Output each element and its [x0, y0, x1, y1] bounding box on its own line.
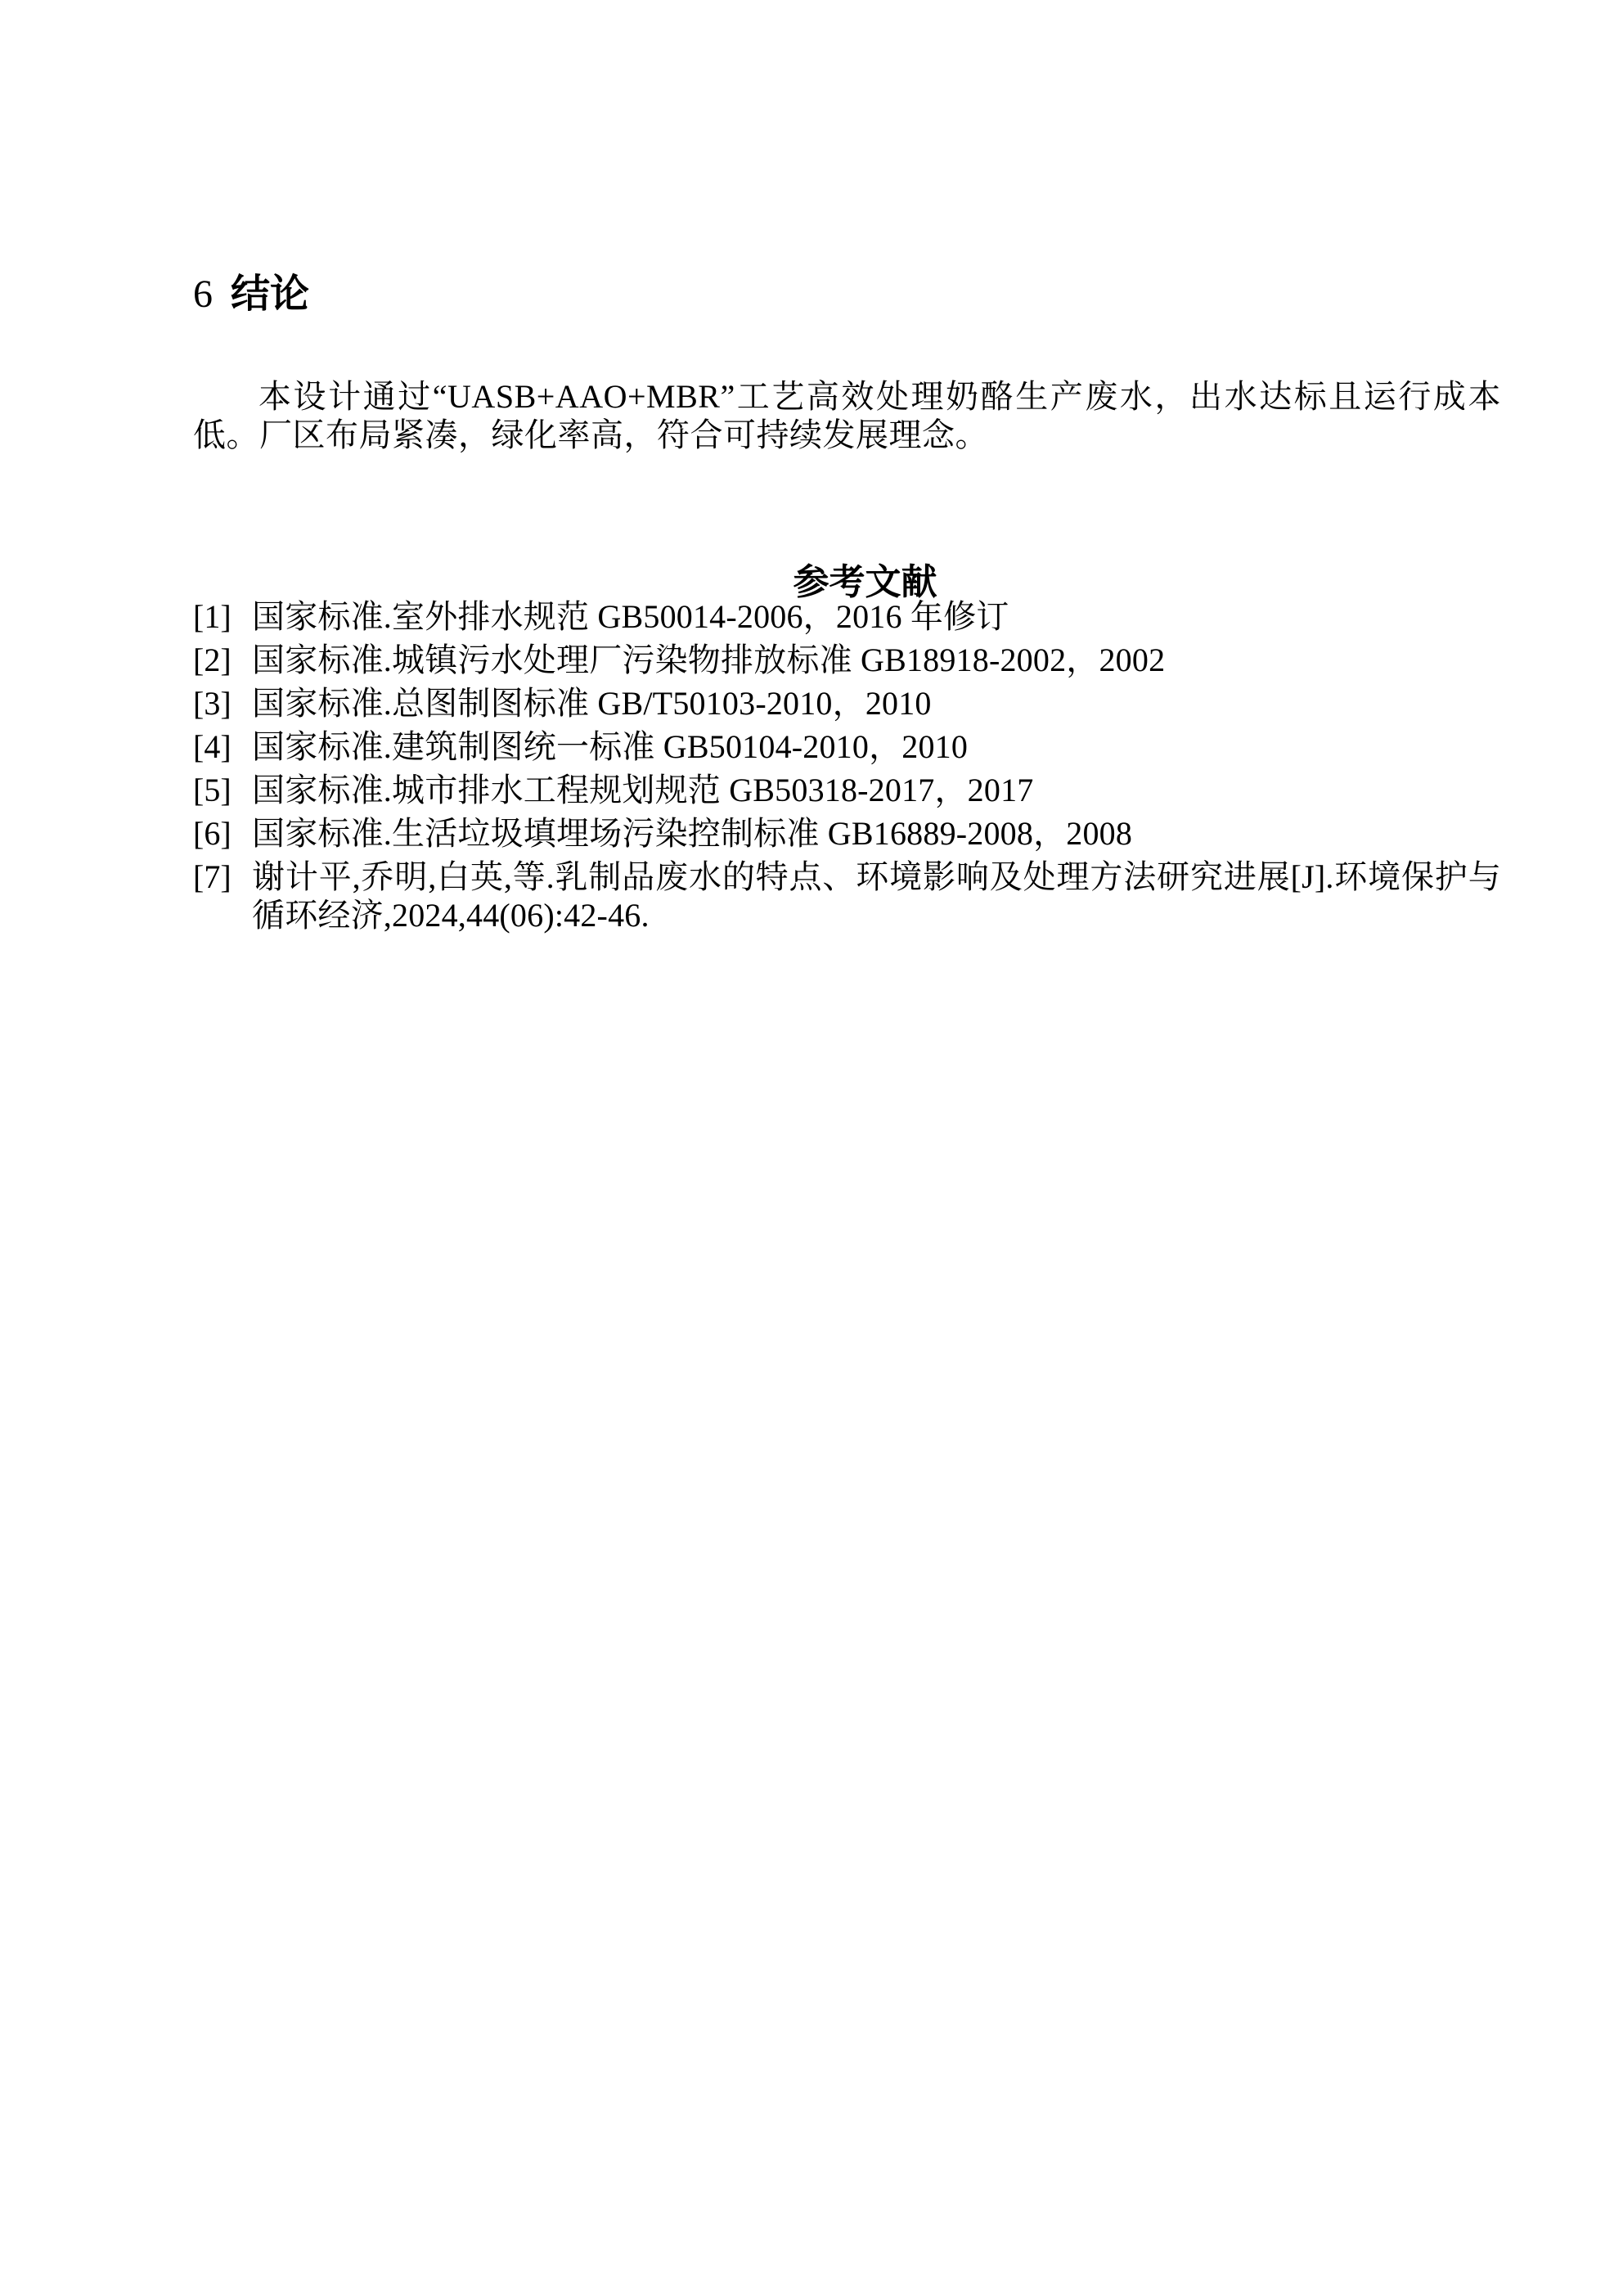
- reference-item: [5] 国家标准.城市排水工程规划规范 GB50318-2017，2017: [193, 771, 1501, 809]
- conclusion-paragraph: 本设计通过“UASB+AAO+MBR”工艺高效处理奶酪生产废水，出水达标且运行成…: [193, 377, 1501, 454]
- reference-text: 国家标准.生活垃圾填埋场污染控制标准 GB16889-2008，2008: [252, 814, 1501, 853]
- document-page: 6结论 本设计通过“UASB+AAO+MBR”工艺高效处理奶酪生产废水，出水达标…: [0, 0, 1623, 2296]
- reference-label: [6]: [193, 814, 252, 853]
- reference-text: 国家标准.总图制图标准 GB/T50103-2010，2010: [252, 684, 1501, 723]
- reference-item: [6] 国家标准.生活垃圾填埋场污染控制标准 GB16889-2008，2008: [193, 814, 1501, 853]
- reference-text: 谢计平,乔明,白英,等.乳制品废水的特点、环境影响及处理方法研究进展[J].环境…: [252, 858, 1501, 934]
- conclusion-heading-number: 6: [193, 272, 213, 316]
- conclusion-heading-title: 结论: [231, 272, 309, 316]
- reference-item: [1] 国家标准.室外排水规范 GB50014-2006，2016 年修订: [193, 597, 1501, 636]
- reference-item: [3] 国家标准.总图制图标准 GB/T50103-2010，2010: [193, 684, 1501, 723]
- reference-text: 国家标准.室外排水规范 GB50014-2006，2016 年修订: [252, 597, 1501, 636]
- reference-item: [4] 国家标准.建筑制图统一标准 GB50104-2010，2010: [193, 727, 1501, 766]
- reference-text: 国家标准.城市排水工程规划规范 GB50318-2017，2017: [252, 771, 1501, 809]
- reference-label: [7]: [193, 858, 252, 896]
- reference-label: [1]: [193, 597, 252, 636]
- reference-label: [2]: [193, 641, 252, 679]
- reference-label: [4]: [193, 727, 252, 766]
- reference-text: 国家标准.建筑制图统一标准 GB50104-2010，2010: [252, 727, 1501, 766]
- reference-label: [5]: [193, 771, 252, 809]
- references-list: [1] 国家标准.室外排水规范 GB50014-2006，2016 年修订 [2…: [193, 597, 1501, 939]
- conclusion-heading: 6结论: [193, 272, 309, 317]
- reference-item: [2] 国家标准.城镇污水处理厂污染物排放标准 GB18918-2002，200…: [193, 641, 1501, 679]
- reference-item: [7] 谢计平,乔明,白英,等.乳制品废水的特点、环境影响及处理方法研究进展[J…: [193, 858, 1501, 934]
- reference-text: 国家标准.城镇污水处理厂污染物排放标准 GB18918-2002，2002: [252, 641, 1501, 679]
- reference-label: [3]: [193, 684, 252, 723]
